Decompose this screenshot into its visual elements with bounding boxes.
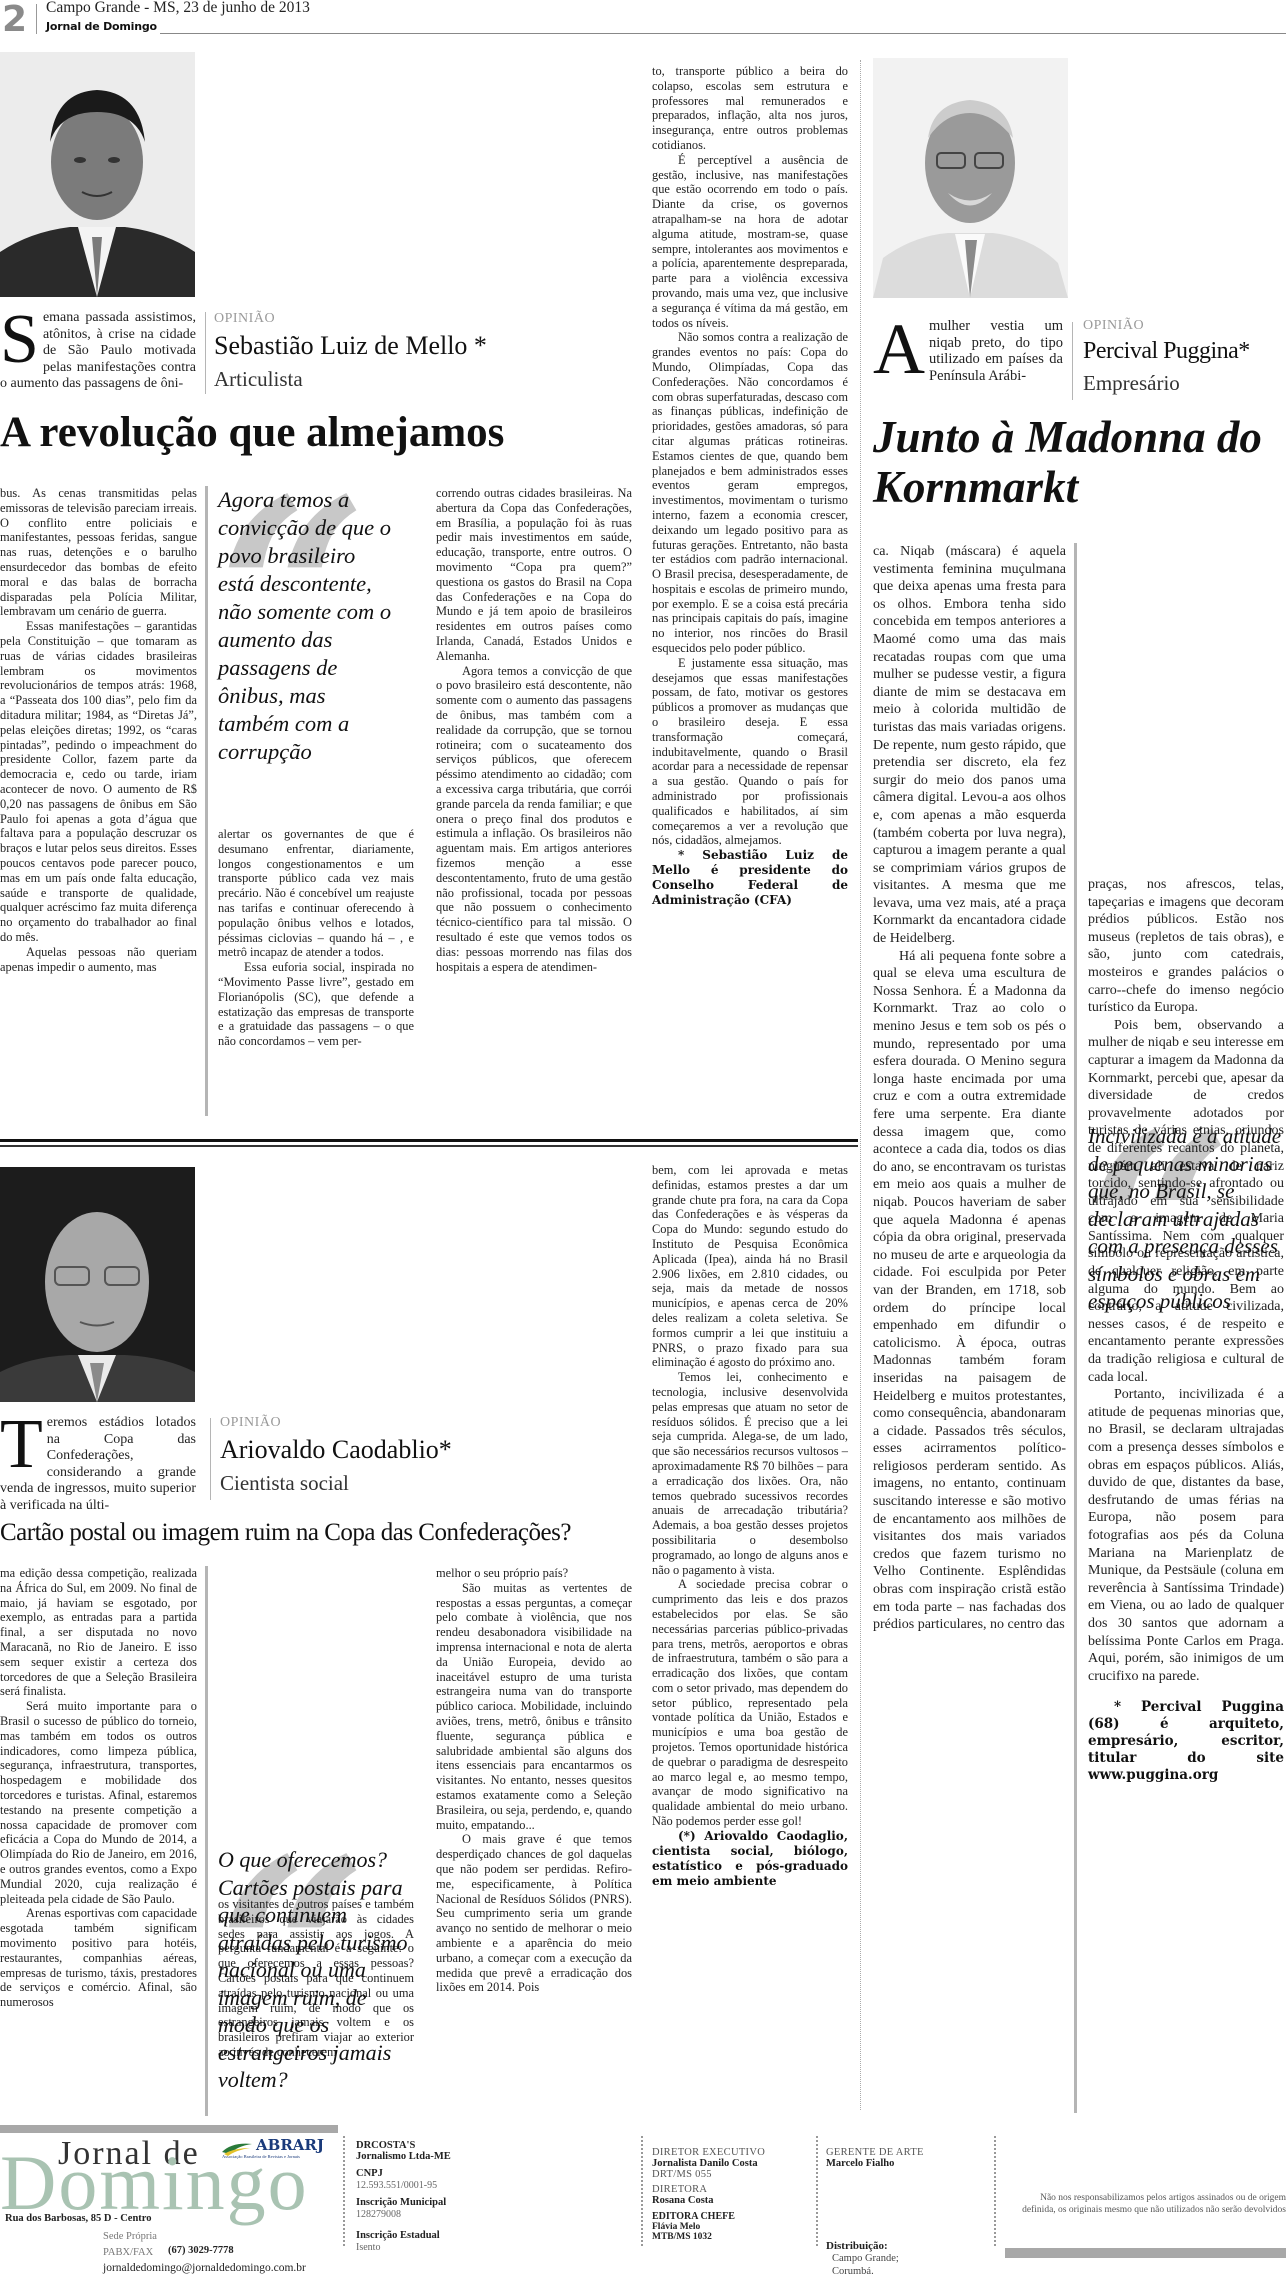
paragraph: melhor o seu próprio país? bbox=[436, 1566, 632, 1581]
page-number: 2 bbox=[2, 2, 27, 38]
im-value: 128279008 bbox=[356, 2208, 636, 2221]
abrarj-logo: ABRARJ Associação Brasileira de Revistas… bbox=[222, 2138, 338, 2160]
lead-paragraph-2: Teremos estádios lotados na Copa das Con… bbox=[0, 1415, 196, 1514]
paragraph: bus. As cenas transmitidas pelas emissor… bbox=[0, 486, 197, 619]
dir-exec-reg: DRT/MS 055 bbox=[652, 2169, 852, 2180]
column-rule bbox=[205, 486, 208, 1116]
article2-column-4: bem, com lei aprovada e metas definidas,… bbox=[652, 1163, 848, 1889]
footer-directors-block: DIRETOR EXECUTIVO Jornalista Danilo Cost… bbox=[652, 2147, 852, 2242]
footer-disclaimer: Não nos responsabilizamos pelos artigos … bbox=[1006, 2193, 1286, 2216]
article2-column-3: melhor o seu próprio país? São muitas as… bbox=[436, 1566, 632, 1995]
author-photo-sebastiao bbox=[0, 52, 195, 297]
paragraph: alertar os governantes de que é desumano… bbox=[218, 827, 414, 960]
paragraph: Não somos contra a realização de grandes… bbox=[652, 330, 848, 656]
column-rule bbox=[205, 1566, 208, 2116]
paragraph: to, transporte público a beira do colaps… bbox=[652, 64, 848, 153]
section-label-3: OPINIÃO bbox=[1083, 318, 1144, 334]
dist-city-1: Campo Grande; bbox=[832, 2252, 1026, 2265]
footer-email[interactable]: jornaldedomingo@jornaldedomingo.com.br bbox=[103, 2262, 306, 2275]
paragraph: Portanto, incivilizada é a atitude de pe… bbox=[1088, 1386, 1284, 1685]
footer-bottom-bar bbox=[1005, 2248, 1286, 2258]
footer-top-bar bbox=[0, 2125, 338, 2133]
im-label: Inscrição Municipal bbox=[356, 2197, 636, 2208]
lead-paragraph-3: Amulher vestia um niqab preto, do tipo u… bbox=[873, 318, 1063, 384]
byline-divider-3 bbox=[1072, 322, 1073, 400]
footer-sede: Sede Própria bbox=[103, 2230, 157, 2243]
paragraph: Essa euforia social, inspirada no “Movim… bbox=[218, 960, 414, 1049]
footer-distribution-block: Distribuição: Campo Grande; Corumbá. bbox=[826, 2240, 1026, 2278]
author-signature-3: * Percival Puggina (68) é arquiteto, emp… bbox=[1088, 1699, 1284, 1784]
lead-paragraph-1: Semana passada assistimos, atônitos, à c… bbox=[0, 310, 196, 393]
footer-company-block: DRCOSTA'S Jornalismo Ltda-ME CNPJ 12.593… bbox=[356, 2140, 636, 2254]
article-separator bbox=[0, 1139, 858, 1142]
footer-separator bbox=[816, 2136, 818, 2246]
dropcap-2: T bbox=[0, 1417, 47, 1473]
paragraph: Arenas esportivas com capacidade esgotad… bbox=[0, 1906, 197, 2010]
ie-value: Isento bbox=[356, 2241, 636, 2254]
author-name-1: Sebastião Luiz de Mello * bbox=[214, 331, 487, 361]
footer-phone-label: PABX/FAX bbox=[103, 2246, 153, 2259]
date-line: Campo Grande - MS, 23 de junho de 2013 bbox=[46, 0, 310, 17]
paragraph: Aquelas pessoas não queriam apenas imped… bbox=[0, 945, 197, 975]
dir-exec-label: DIRETOR EXECUTIVO bbox=[652, 2147, 852, 2158]
paragraph: São muitas as vertentes de respostas a e… bbox=[436, 1581, 632, 1833]
paragraph: É perceptível a ausência de gestão, incl… bbox=[652, 153, 848, 331]
author-role-3: Empresário bbox=[1083, 370, 1180, 396]
paragraph: A sociedade precisa cobrar o cumprimento… bbox=[652, 1577, 848, 1829]
dir-exec-name: Jornalista Danilo Costa bbox=[652, 2158, 852, 2169]
abrarj-name: ABRARJ bbox=[256, 2136, 324, 2154]
article3-column-2: praças, nos afrescos, telas, tapeçarias … bbox=[1088, 876, 1284, 1784]
company-name-1: DRCOSTA'S bbox=[356, 2140, 636, 2151]
dist-label: Distribuição: bbox=[826, 2240, 1026, 2252]
dropcap-3: A bbox=[873, 320, 929, 378]
portrait-image bbox=[0, 1167, 195, 1402]
footer-address: Rua dos Barbosas, 85 D - Centro bbox=[5, 2213, 152, 2224]
pull-quote-text-2: O que oferecemos? Cartões postais para q… bbox=[218, 1846, 414, 2094]
column-rule bbox=[1074, 543, 1077, 2113]
footer-phone: (67) 3029-7778 bbox=[168, 2245, 234, 2256]
portrait-image bbox=[873, 58, 1068, 298]
article1-column-1: bus. As cenas transmitidas pelas emissor… bbox=[0, 486, 197, 974]
footer-separator bbox=[994, 2136, 996, 2246]
paragraph: Essas manifestações – garantidas pela Co… bbox=[0, 619, 197, 945]
paragraph: E justamente essa situação, mas desejamo… bbox=[652, 656, 848, 848]
editora-reg: MTB/MS 1032 bbox=[652, 2232, 852, 2242]
author-signature-1: * Sebastião Luiz de Mello é presidente d… bbox=[652, 848, 848, 908]
footer-art-block: GERENTE DE ARTE Marcelo Fialho bbox=[826, 2147, 1026, 2169]
arte-name: Marcelo Fialho bbox=[826, 2158, 1026, 2169]
company-name-2: Jornalismo Ltda-ME bbox=[356, 2151, 636, 2162]
article3-column-1: ca. Niqab (máscara) é aquela vestimenta … bbox=[873, 543, 1066, 1634]
paragraph: praças, nos afrescos, telas, tapeçarias … bbox=[1088, 876, 1284, 1017]
editora-label: EDITORA CHEFE bbox=[652, 2211, 852, 2222]
header-divider bbox=[36, 4, 37, 34]
paragraph: ma edição dessa competição, realizada na… bbox=[0, 1566, 197, 1699]
lead-text-3: mulher vestia um niqab preto, do tipo ut… bbox=[929, 318, 1063, 384]
portrait-image bbox=[0, 52, 195, 297]
author-name-2: Ariovaldo Caodablio* bbox=[220, 1435, 452, 1465]
article1-column-3: correndo outras cidades brasileiras. Na … bbox=[436, 486, 632, 974]
paragraph: Será muito importante para o Brasil o su… bbox=[0, 1699, 197, 1906]
paragraph: O mais grave é que temos desperdiçado ch… bbox=[436, 1832, 632, 1995]
paragraph: ca. Niqab (máscara) é aquela vestimenta … bbox=[873, 543, 1066, 948]
author-name-3: Percival Puggina* bbox=[1083, 336, 1250, 366]
article-separator-thin bbox=[0, 1145, 858, 1147]
author-photo-percival bbox=[873, 58, 1068, 298]
paragraph: bem, com lei aprovada e metas definidas,… bbox=[652, 1163, 848, 1370]
paragraph: correndo outras cidades brasileiras. Na … bbox=[436, 486, 632, 664]
cnpj-label: CNPJ bbox=[356, 2168, 636, 2179]
pull-quote-text-1: Agora temos a convicção de que o povo br… bbox=[218, 486, 414, 766]
byline-divider-1 bbox=[205, 312, 206, 394]
paragraph: Agora temos a convicção de que o povo br… bbox=[436, 664, 632, 975]
page-column-divider bbox=[860, 60, 861, 2110]
byline-divider-2 bbox=[210, 1418, 211, 1500]
headline-3: Junto à Madonna do Kornmarkt bbox=[873, 412, 1283, 512]
pull-quote-1: “ Agora temos a convicção de que o povo … bbox=[218, 486, 414, 766]
ie-label: Inscrição Estadual bbox=[356, 2230, 636, 2241]
article2-column-1: ma edição dessa competição, realizada na… bbox=[0, 1566, 197, 2010]
pull-quote-text-3: Incivilizada é a atitude de pequenas min… bbox=[1088, 1123, 1286, 1316]
author-role-1: Articulista bbox=[214, 366, 303, 392]
article1-column-4: to, transporte público a beira do colaps… bbox=[652, 64, 848, 908]
header-rule bbox=[160, 33, 1286, 34]
paragraph: Há ali pequena fonte sobre a qual se ele… bbox=[873, 948, 1066, 1634]
editora-name: Flávia Melo bbox=[652, 2222, 852, 2232]
footer-separator bbox=[343, 2136, 345, 2246]
cnpj-value: 12.593.551/0001-95 bbox=[356, 2179, 636, 2192]
diretora-name: Rosana Costa bbox=[652, 2195, 852, 2206]
section-label-1: OPINIÃO bbox=[214, 311, 275, 327]
section-label-2: OPINIÃO bbox=[220, 1415, 281, 1431]
headline-2: Cartão postal ou imagem ruim na Copa das… bbox=[0, 1518, 571, 1548]
author-signature-2: (*) Ariovaldo Caodaglio, cientista socia… bbox=[652, 1829, 848, 1889]
paper-name: Jornal de Domingo bbox=[46, 20, 157, 33]
author-photo-ariovaldo bbox=[0, 1167, 195, 1402]
article1-column-2: alertar os governantes de que é desumano… bbox=[218, 827, 414, 1049]
pull-quote-2: “ O que oferecemos? Cartões postais para… bbox=[218, 1846, 414, 2146]
dist-city-2: Corumbá. bbox=[832, 2265, 1026, 2278]
abrarj-subtitle: Associação Brasileira de Revistas e Jorn… bbox=[222, 2154, 300, 2159]
author-role-2: Cientista social bbox=[220, 1470, 349, 1496]
dropcap-1: S bbox=[0, 312, 43, 368]
paragraph: Temos lei, conhecimento e tecnologia, in… bbox=[652, 1370, 848, 1577]
diretora-label: DIRETORA bbox=[652, 2184, 852, 2195]
footer-separator bbox=[641, 2136, 643, 2246]
arte-label: GERENTE DE ARTE bbox=[826, 2147, 1026, 2158]
